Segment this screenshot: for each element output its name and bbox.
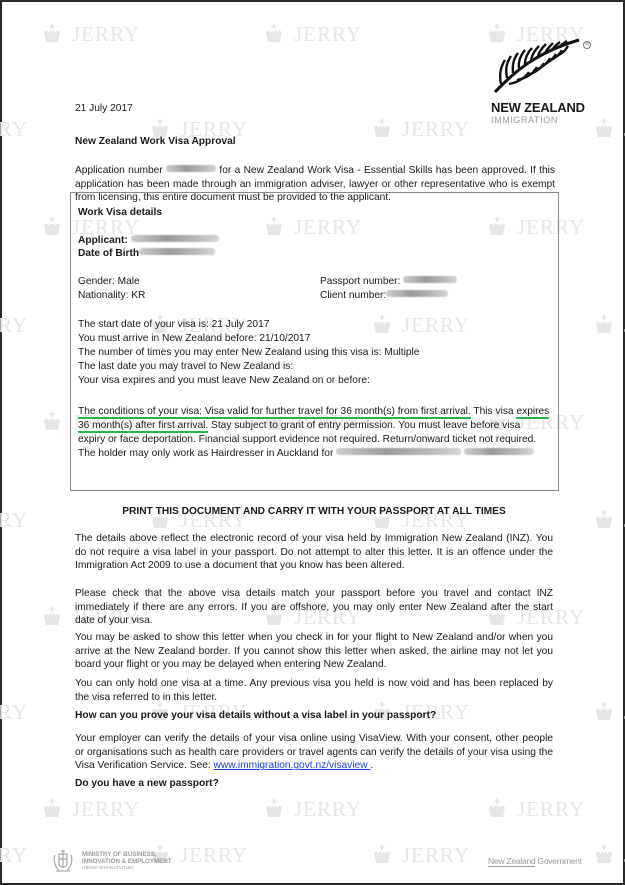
watermark-text: JERRY xyxy=(402,117,470,141)
crown-icon xyxy=(594,315,614,335)
intro-text-before: Application number xyxy=(75,165,163,176)
crown-icon xyxy=(594,702,614,722)
redacted-application-number xyxy=(166,165,216,172)
crown-icon xyxy=(264,24,284,44)
watermark: JERRY xyxy=(42,799,140,819)
nz-government-logo: New Zealand Government xyxy=(488,855,582,869)
visa-date-line: The number of times you may enter New Ze… xyxy=(78,346,419,360)
visa-date-line: You must arrive in New Zealand before: 2… xyxy=(78,332,310,346)
watermark-text: JERRY xyxy=(0,700,28,724)
watermark: JERRY xyxy=(0,315,28,335)
letter-title: New Zealand Work Visa Approval xyxy=(75,135,236,149)
crown-icon xyxy=(594,845,614,865)
mbie-text: MINISTRY OF BUSINESS, INNOVATION & EMPLO… xyxy=(82,851,172,872)
mbie-logo: MINISTRY OF BUSINESS, INNOVATION & EMPLO… xyxy=(52,849,172,873)
crown-icon xyxy=(372,119,392,139)
watermark-text: JERRY xyxy=(72,22,140,46)
watermark: JERRY xyxy=(42,24,140,44)
watermark: JERRY xyxy=(594,119,625,139)
mbie-line-1: MINISTRY OF BUSINESS, xyxy=(82,851,172,858)
watermark-text: JERRY xyxy=(294,22,362,46)
crown-icon xyxy=(42,24,62,44)
watermark-text: JERRY xyxy=(72,797,140,821)
watermark: JERRY xyxy=(0,702,28,722)
watermark-text: JERRY xyxy=(517,797,585,821)
watermark: JERRY xyxy=(594,702,625,722)
watermark-text: JERRY xyxy=(0,508,28,532)
applicant-row: Applicant: xyxy=(78,234,219,248)
crown-icon xyxy=(42,217,62,237)
watermark: JERRY xyxy=(594,510,625,530)
logo-line-1: NEW ZEALAND xyxy=(491,101,591,115)
body-paragraph: Please check that the above visa details… xyxy=(75,587,553,628)
passport-row: Passport number: xyxy=(320,275,457,289)
redacted-passport-number xyxy=(403,276,457,283)
watermark: JERRY xyxy=(594,315,625,335)
watermark: JERRY xyxy=(372,845,470,865)
watermark: JERRY xyxy=(0,510,28,530)
applicant-label: Applicant: xyxy=(78,235,128,246)
redacted-employer xyxy=(336,448,461,455)
visa-date-line: The last date you may travel to New Zeal… xyxy=(78,360,293,374)
client-row: Client number: xyxy=(320,289,448,303)
watermark-text: JERRY xyxy=(294,797,362,821)
carry-notice: PRINT THIS DOCUMENT AND CARRY IT WITH YO… xyxy=(70,505,558,519)
mbie-line-2: INNOVATION & EMPLOYMENT xyxy=(82,858,172,865)
redacted-applicant-name xyxy=(131,235,219,242)
watermark-text: JERRY xyxy=(402,843,470,867)
body-paragraph: The details above reflect the electronic… xyxy=(75,532,553,573)
crown-icon xyxy=(42,799,62,819)
conditions-text-1: This visa xyxy=(471,406,514,417)
crown-icon xyxy=(264,799,284,819)
logo-line-2: IMMIGRATION xyxy=(491,114,591,128)
body-paragraph: You may be asked to show this letter whe… xyxy=(75,631,553,672)
crown-icon xyxy=(594,510,614,530)
visa-details-box: Work Visa details Applicant: Date of Bir… xyxy=(70,192,559,491)
coat-of-arms-icon xyxy=(52,849,74,873)
silver-fern-icon xyxy=(491,36,583,94)
watermark-text: JERRY xyxy=(0,313,28,337)
visa-proof-heading: How can you prove your visa details with… xyxy=(75,709,553,723)
watermark: JERRY xyxy=(487,799,585,819)
crown-icon xyxy=(594,119,614,139)
visaview-paragraph: Your employer can verify the details of … xyxy=(75,732,553,773)
visa-date-line: The start date of your visa is: 21 July … xyxy=(78,318,269,332)
nationality: Nationality: KR xyxy=(78,289,145,303)
watermark: JERRY xyxy=(594,845,625,865)
watermark: JERRY xyxy=(0,119,28,139)
watermark-text: JERRY xyxy=(0,843,28,867)
conditions-highlight-1: The conditions of your visa: Visa valid … xyxy=(78,406,471,419)
visaview-link[interactable]: www.immigration.govt.nz/visaview xyxy=(214,760,371,771)
client-label: Client number: xyxy=(320,290,386,301)
visa-letter-page: JERRYJERRYJERRYJERRYJERRYJERRYJERRYJERRY… xyxy=(0,0,625,885)
crown-icon xyxy=(42,607,62,627)
letter-date: 21 July 2017 xyxy=(75,102,133,116)
watermark-text: JERRY xyxy=(180,843,248,867)
visa-date-line: Your visa expires and you must leave New… xyxy=(78,374,370,388)
new-passport-heading: Do you have a new passport? xyxy=(75,777,553,791)
watermark: JERRY xyxy=(264,24,362,44)
redacted-dob xyxy=(139,248,215,255)
crown-icon xyxy=(42,412,62,432)
watermark-text: JERRY xyxy=(0,117,28,141)
dob-row: Date of Birth xyxy=(78,247,215,261)
redacted-employer-cont xyxy=(464,448,534,455)
visa-conditions: The conditions of your visa: Visa valid … xyxy=(78,405,550,461)
nz-immigration-logo: NEW ZEALAND IMMIGRATION xyxy=(491,36,591,128)
registered-mark-icon: ® xyxy=(583,41,591,49)
passport-label: Passport number: xyxy=(320,276,400,287)
gender: Gender: Male xyxy=(78,275,140,289)
dob-label: Date of Birth xyxy=(78,248,139,259)
watermark: JERRY xyxy=(372,119,470,139)
crown-icon xyxy=(372,845,392,865)
nz-government-part1: New Zealand xyxy=(488,856,535,867)
visa-details-heading: Work Visa details xyxy=(78,206,162,220)
body-paragraph: You can only hold one visa at a time. An… xyxy=(75,677,553,704)
crown-icon xyxy=(487,799,507,819)
visaview-period: . xyxy=(370,760,373,771)
watermark: JERRY xyxy=(0,845,28,865)
redacted-client-number xyxy=(386,290,448,297)
watermark: JERRY xyxy=(264,799,362,819)
nz-government-part2: Government xyxy=(535,856,581,866)
mbie-line-3: HĪKINA WHAKATUTUKI xyxy=(82,865,172,872)
